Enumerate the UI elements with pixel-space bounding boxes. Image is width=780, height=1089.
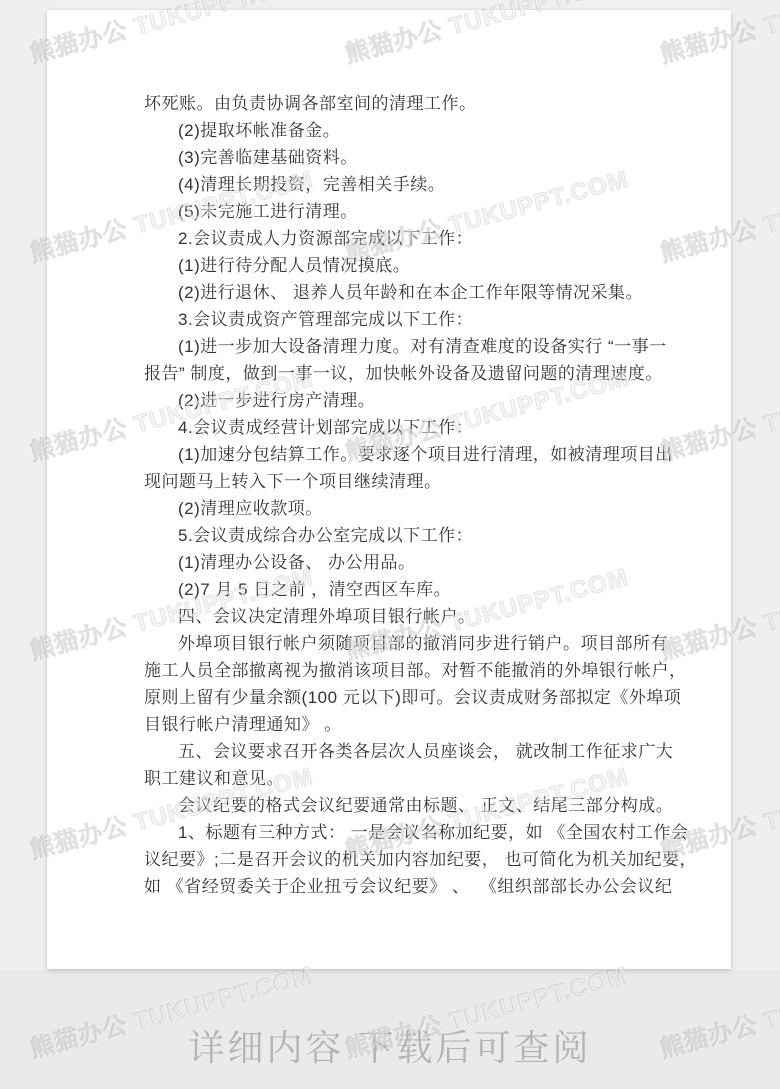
doc-line: 4.会议责成经营计划部完成以下工作： xyxy=(178,414,701,441)
doc-line: 5.会议责成综合办公室完成以下工作： xyxy=(178,522,701,549)
doc-line: 施工人员全部撤离视为撤消该项目部。对暂不能撤消的外埠银行帐户， xyxy=(144,657,701,684)
document-page: 坏死账。由负责协调各部室间的清理工作。(2)提取坏帐准备金。(3)完善临建基础资… xyxy=(47,10,731,969)
doc-line: 会议纪要的格式会议纪要通常由标题、 正文、结尾三部分构成。 xyxy=(178,792,701,819)
doc-line: 五、会议要求召开各类各层次人员座谈会， 就改制工作征求广大 xyxy=(178,738,701,765)
doc-line: 报告” 制度，做到一事一议，加快帐外设备及遗留问题的清理速度。 xyxy=(144,360,701,387)
download-hint-text: 详细内容 下载后可查阅 xyxy=(0,1020,780,1071)
doc-line: (1)清理办公设备、 办公用品。 xyxy=(178,549,701,576)
doc-line: 四、会议决定清理外埠项目银行帐户。 xyxy=(178,603,701,630)
document-preview-canvas: 坏死账。由负责协调各部室间的清理工作。(2)提取坏帐准备金。(3)完善临建基础资… xyxy=(0,0,780,1089)
doc-line: 原则上留有少量余额(100 元以下)即可。会议责成财务部拟定《外埠项 xyxy=(144,684,701,711)
doc-line: 如 《省经贸委关于企业扭亏会议纪要》 、 《组织部部长办公会议纪 xyxy=(144,873,701,900)
doc-line: (4)清理长期投资，完善相关手续。 xyxy=(178,171,701,198)
doc-line: 议纪要》;二是召开会议的机关加内容加纪要， 也可简化为机关加纪要， xyxy=(144,846,701,873)
doc-line: 1、标题有三种方式： 一是会议名称加纪要，如 《全国农村工作会 xyxy=(178,819,701,846)
doc-line: (1)进行待分配人员情况摸底。 xyxy=(178,252,701,279)
doc-line: (2)进行退休、 退养人员年龄和在本企工作年限等情况采集。 xyxy=(178,279,701,306)
doc-line: 职工建议和意见。 xyxy=(144,765,701,792)
doc-line: 现问题马上转入下一个项目继续清理。 xyxy=(144,468,701,495)
doc-line: (2)进一步进行房产清理。 xyxy=(178,387,701,414)
doc-line: 坏死账。由负责协调各部室间的清理工作。 xyxy=(144,90,701,117)
doc-line: (2)7 月 5 日之前 ，清空西区车库。 xyxy=(178,576,701,603)
doc-line: 目银行帐户清理通知》 。 xyxy=(144,711,701,738)
doc-line: (3)完善临建基础资料。 xyxy=(178,144,701,171)
doc-line: 3.会议责成资产管理部完成以下工作： xyxy=(178,306,701,333)
doc-line: (2)清理应收款项。 xyxy=(178,495,701,522)
doc-line: (1)进一步加大设备清理力度。对有清查难度的设备实行 “一事一 xyxy=(178,333,701,360)
doc-line: (2)提取坏帐准备金。 xyxy=(178,117,701,144)
doc-line: (1)加速分包结算工作。要求逐个项目进行清理，如被清理项目出 xyxy=(178,441,701,468)
document-body: 坏死账。由负责协调各部室间的清理工作。(2)提取坏帐准备金。(3)完善临建基础资… xyxy=(47,90,731,900)
doc-line: 外埠项目银行帐户须随项目部的撤消同步进行销户。项目部所有 xyxy=(178,630,701,657)
doc-line: 2.会议责成人力资源部完成以下工作： xyxy=(178,225,701,252)
doc-line: (5)未完施工进行清理。 xyxy=(178,198,701,225)
